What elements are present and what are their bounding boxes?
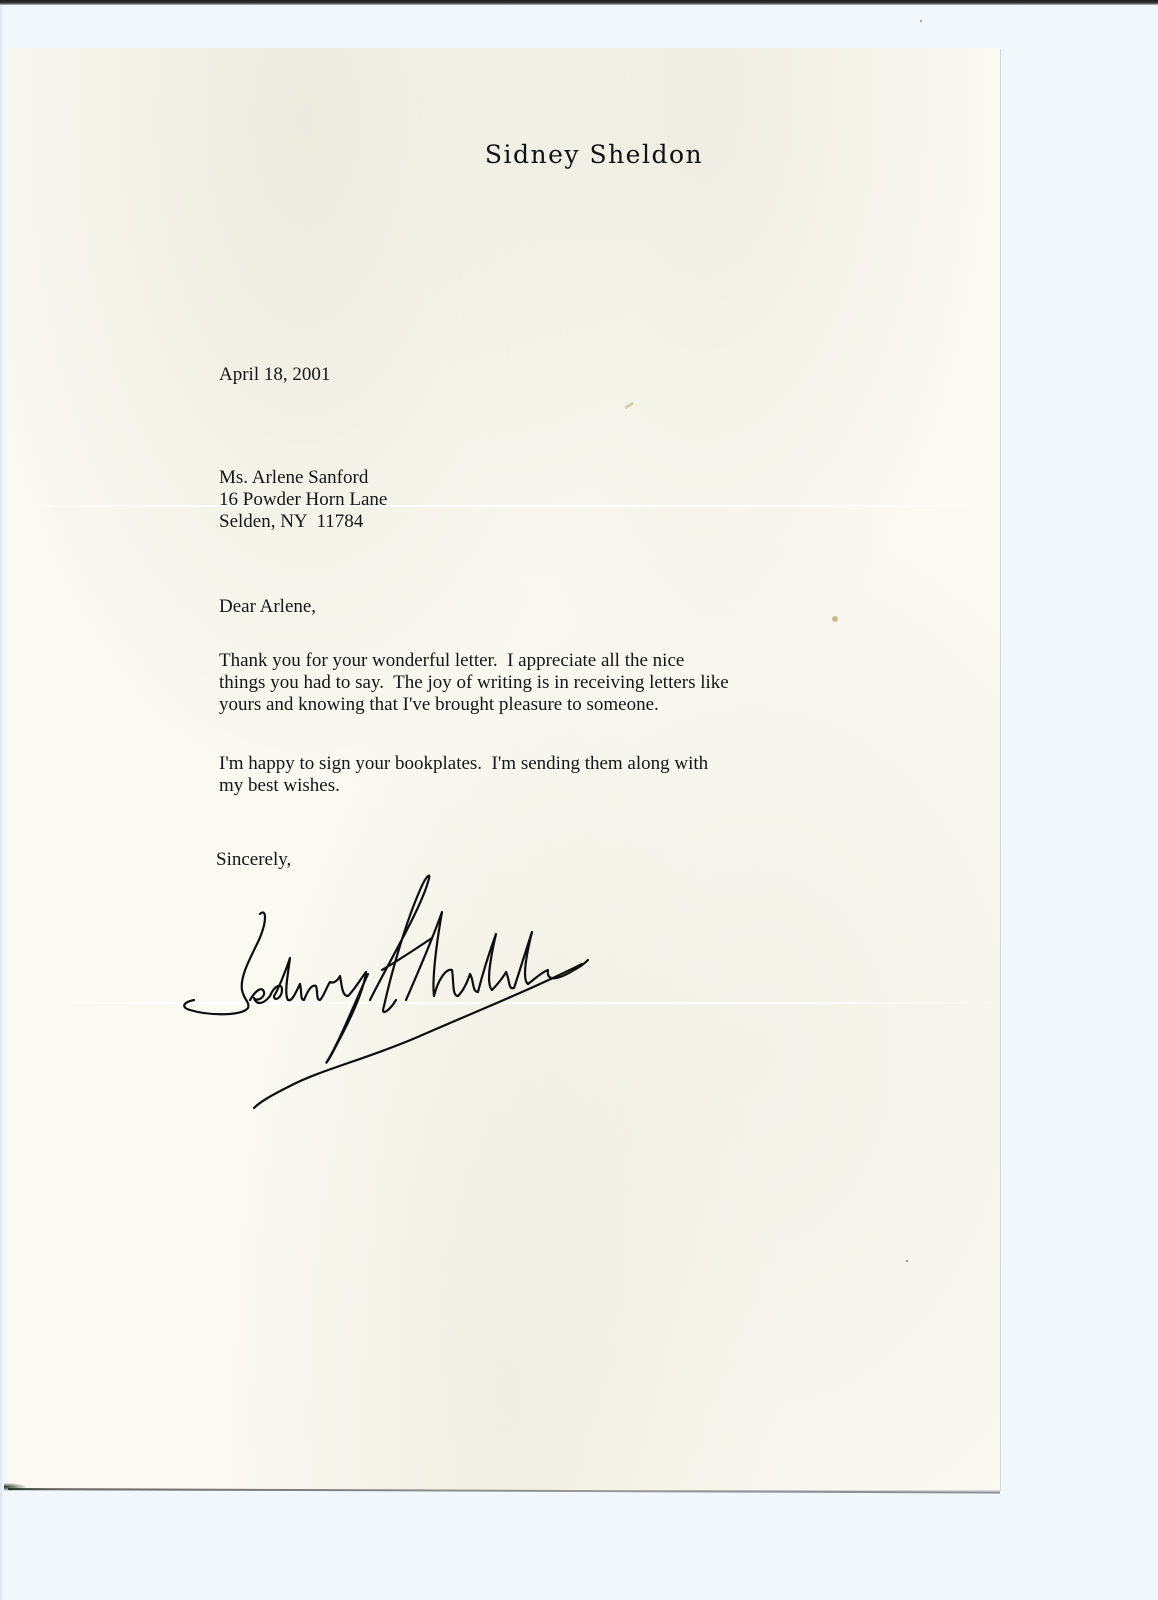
scan-top-edge xyxy=(0,0,1158,5)
handwritten-signature-icon xyxy=(170,850,590,1110)
body-line: I'm happy to sign your bookplates. I'm s… xyxy=(219,753,708,775)
recipient-street: 16 Powder Horn Lane xyxy=(219,489,387,511)
paper-speck xyxy=(832,616,838,622)
recipient-address: Ms. Arlene Sanford16 Powder Horn LaneSel… xyxy=(219,467,387,533)
body-paragraph-1: Thank you for your wonderful letter. I a… xyxy=(219,650,729,716)
dust-speck xyxy=(906,1260,908,1262)
recipient-city: Selden, NY 11784 xyxy=(219,511,387,533)
dust-speck xyxy=(920,20,922,22)
body-paragraph-2: I'm happy to sign your bookplates. I'm s… xyxy=(219,753,708,797)
body-line: yours and knowing that I've brought plea… xyxy=(219,694,729,716)
body-line: Thank you for your wonderful letter. I a… xyxy=(219,650,729,672)
paper-corner-shadow xyxy=(4,1483,26,1491)
salutation: Dear Arlene, xyxy=(219,596,316,618)
letter-date: April 18, 2001 xyxy=(219,364,330,386)
fold-line xyxy=(8,505,1000,507)
body-line: things you had to say. The joy of writin… xyxy=(219,672,729,694)
recipient-name: Ms. Arlene Sanford xyxy=(219,467,387,489)
letterhead-name: Sidney Sheldon xyxy=(0,140,1158,169)
body-line: my best wishes. xyxy=(219,775,708,797)
scan-left-edge xyxy=(0,5,4,1600)
